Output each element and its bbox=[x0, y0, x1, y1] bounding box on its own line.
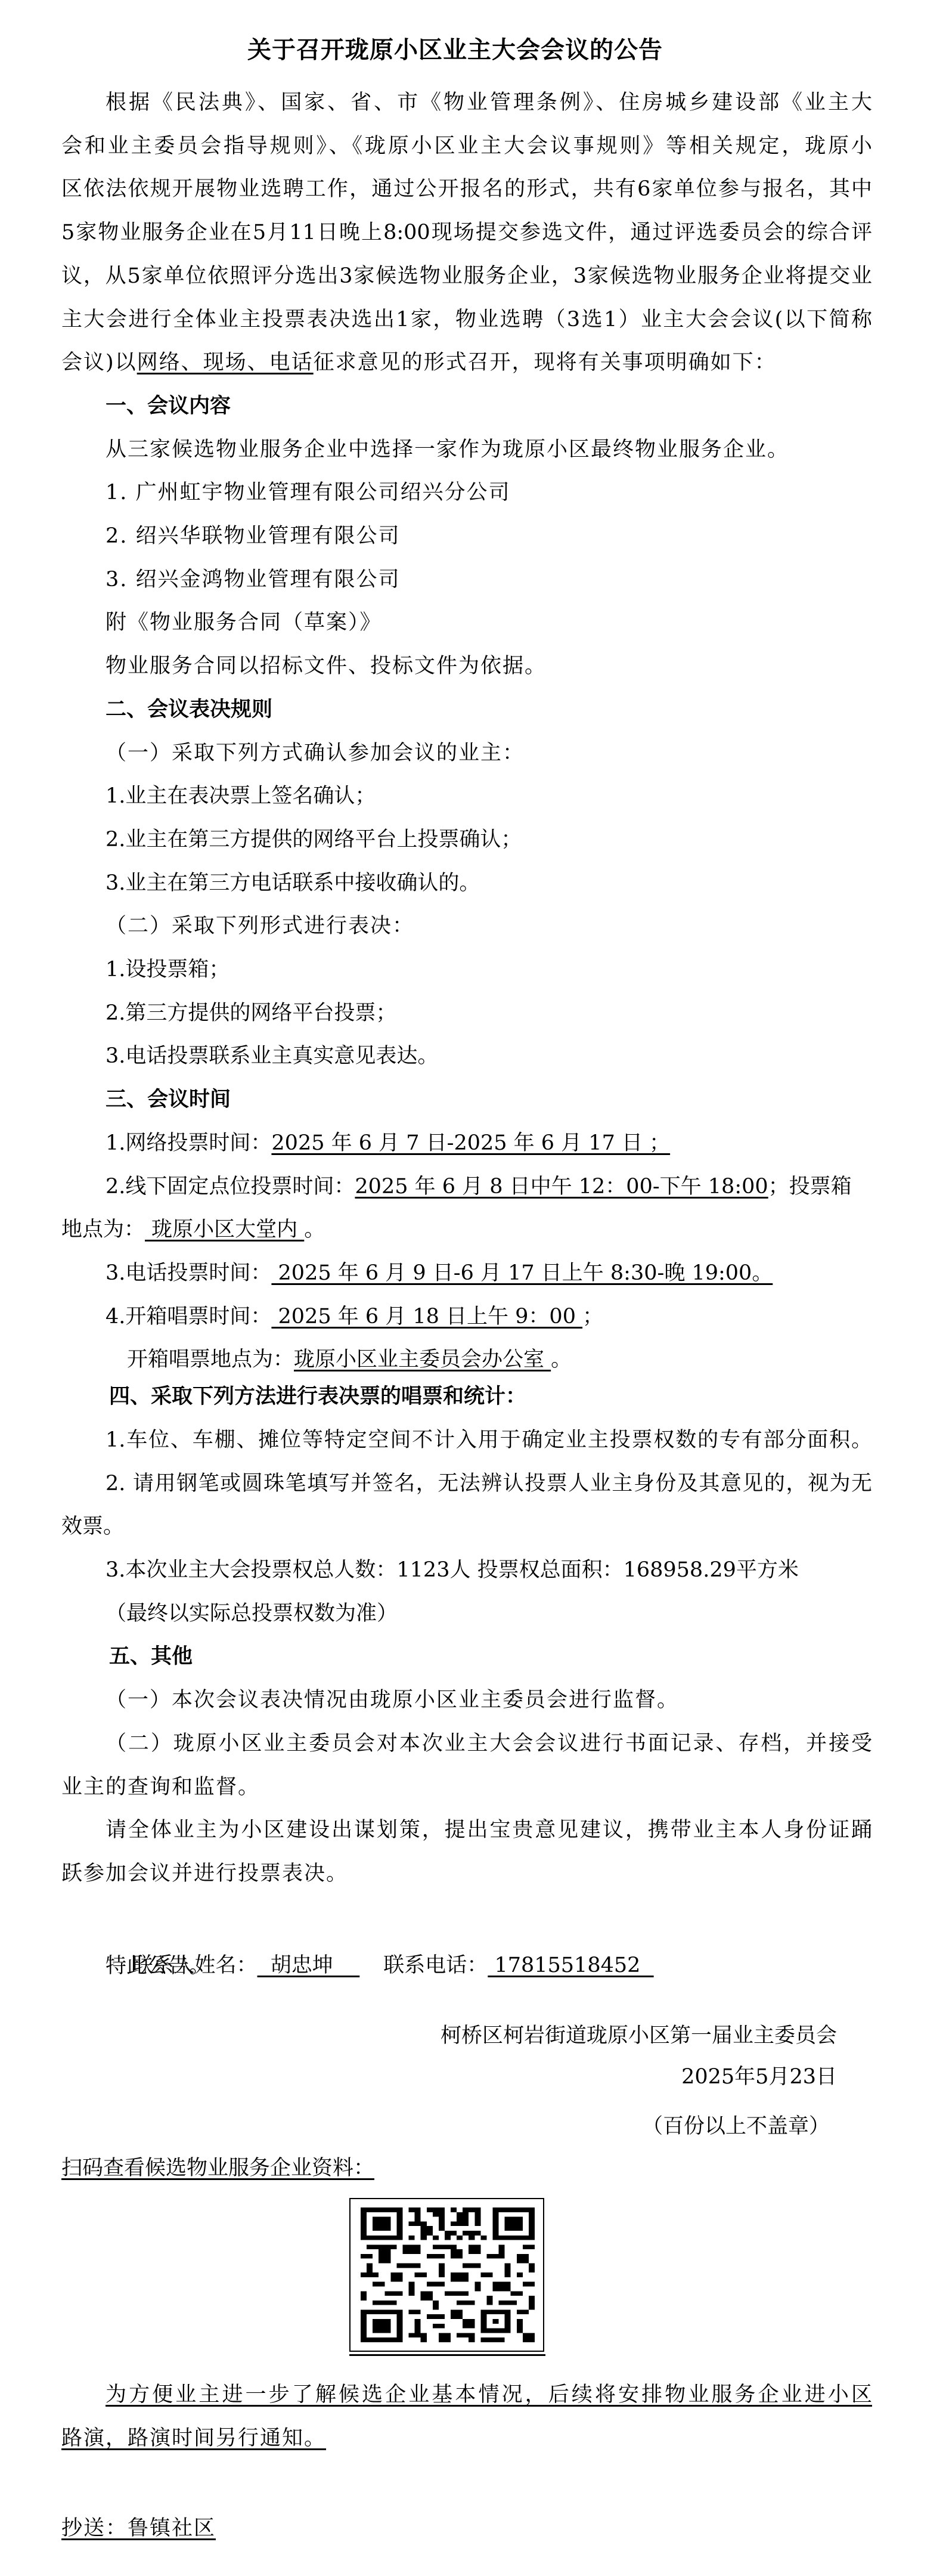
confirm-item-2: 2.业主在第三方提供的网络平台上投票确认； bbox=[106, 818, 522, 861]
vote-form-3: 3.电话投票联系业主真实意见表达。 bbox=[106, 1035, 438, 1078]
roadshow-line-1: 为方便业主进一步了解候选企业基本情况，后续将安排物业服务企业进小区 bbox=[106, 2373, 872, 2416]
page-title: 关于召开珑原小区业主大会会议的公告 bbox=[0, 35, 928, 66]
other-item-1: （一）本次会议表决情况由珑原小区业主委员会进行监督。 bbox=[106, 1679, 679, 1722]
section2-heading: 二、会议表决规则 bbox=[106, 688, 272, 731]
counting-location-value: 珑原小区业主委员会办公室 bbox=[294, 1348, 551, 1371]
roadshow-line-2: 路演，路演时间另行通知。 bbox=[61, 2417, 326, 2460]
offline-vote-label: 2.线下固定点位投票时间： bbox=[106, 1175, 355, 1199]
online-vote-time: 1.网络投票时间：2025 年 6 月 7 日-2025 年 6 月 17 日 … bbox=[106, 1122, 670, 1165]
phone-vote-label: 3.电话投票时间： bbox=[106, 1261, 271, 1285]
section1-heading: 一、会议内容 bbox=[106, 385, 231, 428]
contact-line: 联系人姓名： 胡忠坤 联系电话： 17815518452 bbox=[106, 1901, 654, 1944]
location-suffix: 。 bbox=[304, 1218, 325, 1241]
section2-sub1-heading: （一）采取下列方式确认参加会议的业主： bbox=[106, 732, 525, 775]
contract-attachment: 附《物业服务合同（草案）》 bbox=[106, 601, 382, 644]
qr-code-image bbox=[361, 2207, 535, 2342]
contact-name-value: 胡忠坤 bbox=[258, 1953, 360, 1977]
meeting-forms: 网络、现场、电话 bbox=[137, 351, 314, 374]
intro-text: 征求意见的形式召开，现将有关事项明确如下： bbox=[314, 351, 777, 374]
counting-value: 2025 年 6 月 18 日上午 9：00 bbox=[271, 1305, 582, 1329]
rule-item-1: 1.车位、车棚、摊位等特定空间不计入用于确定业主投票权数的专有部分面积。 bbox=[106, 1419, 872, 1462]
section5-heading: 五、其他 bbox=[109, 1635, 193, 1678]
qr-code-icon[interactable] bbox=[349, 2198, 544, 2352]
appeal-line-1: 请全体业主为小区建设出谋划策，提出宝贵意见建议，携带业主本人身份证踊 bbox=[106, 1809, 872, 1851]
counting-location-label: 开箱唱票地点为： bbox=[127, 1348, 294, 1371]
appeal-line-2: 跃参加会议并进行投票表决。 bbox=[61, 1852, 348, 1895]
contact-phone-value[interactable]: 17815518452 bbox=[488, 1953, 653, 1977]
candidate-3: 3. 绍兴金鸿物业管理有限公司 bbox=[106, 558, 401, 601]
online-vote-label: 1.网络投票时间： bbox=[106, 1131, 271, 1155]
confirm-item-3: 3.业主在第三方电话联系中接收确认的。 bbox=[106, 862, 480, 905]
intro-line-1: 根据《民法典》、国家、省、市《物业管理条例》、住房城乡建设部《业主大 bbox=[106, 81, 872, 124]
intro-line-5: 议，从5家单位依照评分选出3家候选物业服务企业，3家候选物业服务企业将提交业 bbox=[61, 255, 872, 298]
offline-vote-suffix: ；投票箱 bbox=[768, 1175, 852, 1199]
offline-vote-time: 2.线下固定点位投票时间：2025 年 6 月 8 日中午 12：00-下午 1… bbox=[106, 1165, 852, 1208]
candidate-2: 2. 绍兴华联物业管理有限公司 bbox=[106, 515, 401, 558]
signature-date: 2025年5月23日 bbox=[681, 2055, 837, 2098]
intro-line-7: 会议)以网络、现场、电话征求意见的形式召开，现将有关事项明确如下： bbox=[61, 341, 777, 384]
signature-organization: 柯桥区柯岩街道珑原小区第一届业主委员会 bbox=[441, 2014, 837, 2057]
online-vote-value: 2025 年 6 月 7 日-2025 年 6 月 17 日 ； bbox=[271, 1131, 670, 1155]
intro-line-4: 5家物业服务企业在5月11日晚上8:00现场提交参选文件，通过评选委员会的综合评 bbox=[61, 211, 872, 254]
contact-phone-label: 联系电话： bbox=[383, 1953, 488, 1977]
vote-form-2: 2.第三方提供的网络平台投票； bbox=[106, 992, 396, 1035]
counting-location-suffix: 。 bbox=[551, 1348, 572, 1371]
rule-item-3: 3.本次业主大会投票权总人数：1123人 投票权总面积：168958.29平方米 bbox=[106, 1549, 799, 1592]
rule-item-2-line-1: 2. 请用钢笔或圆珠笔填写并签名，无法辨认投票人业主身份及其意见的，视为无 bbox=[106, 1462, 872, 1505]
confirm-item-1: 1.业主在表决票上签名确认； bbox=[106, 775, 376, 818]
candidate-1: 1. 广州虹宇物业管理有限公司绍兴分公司 bbox=[106, 471, 511, 514]
section4-heading: 四、采取下列方法进行表决票的唱票和统计： bbox=[109, 1375, 526, 1418]
section3-heading: 三、会议时间 bbox=[106, 1078, 231, 1121]
other-item-2-line-2: 业主的查询和监督。 bbox=[61, 1766, 260, 1809]
intro-line-2: 会和业主委员会指导规则》、《珑原小区业主大会议事规则》等相关规定，珑原小 bbox=[61, 125, 872, 168]
phone-vote-value: 2025 年 6 月 9 日-6 月 17 日上午 8:30-晚 19:00。 bbox=[271, 1261, 773, 1285]
section2-sub2-heading: （二）采取下列形式进行表决： bbox=[106, 905, 414, 948]
location-label: 地点为： bbox=[61, 1218, 145, 1241]
qr-underline bbox=[349, 2354, 545, 2356]
qr-label: 扫码查看候选物业服务企业资料： bbox=[61, 2147, 374, 2190]
cc-recipient: 抄送：鲁镇社区 bbox=[61, 2507, 216, 2550]
closing-statement: 特此公告。 bbox=[106, 1945, 210, 1987]
intro-line-6: 主大会进行全体业主投票表决选出1家，物业选聘（3选1）业主大会会议(以下简称 bbox=[61, 298, 872, 341]
section1-description: 从三家候选物业服务企业中选择一家作为珑原小区最终物业服务企业。 bbox=[106, 428, 789, 471]
announcement-page: 关于召开珑原小区业主大会会议的公告 根据《民法典》、国家、省、市《物业管理条例》… bbox=[0, 0, 946, 2576]
stamp-note: （百份以上不盖章） bbox=[642, 2105, 830, 2148]
vote-form-1: 1.设投票箱； bbox=[106, 948, 229, 991]
counting-suffix: ； bbox=[582, 1305, 603, 1329]
intro-text: 会议)以 bbox=[61, 351, 137, 374]
offline-vote-value: 2025 年 6 月 8 日中午 12：00-下午 18:00 bbox=[355, 1175, 768, 1199]
intro-line-3: 区依法依规开展物业选聘工作，通过公开报名的形式，共有6家单位参与报名，其中 bbox=[61, 168, 872, 210]
other-item-2-line-1: （二）珑原小区业主委员会对本次业主大会会议进行书面记录、存档，并接受 bbox=[106, 1722, 872, 1765]
rule-item-3-note: （最终以实际总投票权数为准） bbox=[106, 1592, 398, 1635]
counting-label: 4.开箱唱票时间： bbox=[106, 1305, 271, 1329]
counting-time: 4.开箱唱票时间： 2025 年 6 月 18 日上午 9：00 ； bbox=[106, 1295, 603, 1338]
rule-item-2-line-2: 效票。 bbox=[61, 1505, 124, 1548]
phone-vote-time: 3.电话投票时间： 2025 年 6 月 9 日-6 月 17 日上午 8:30… bbox=[106, 1252, 773, 1295]
offline-vote-location: 地点为： 珑原小区大堂内 。 bbox=[61, 1208, 325, 1251]
location-value: 珑原小区大堂内 bbox=[145, 1218, 304, 1241]
contract-note: 物业服务合同以招标文件、投标文件为依据。 bbox=[106, 645, 547, 688]
